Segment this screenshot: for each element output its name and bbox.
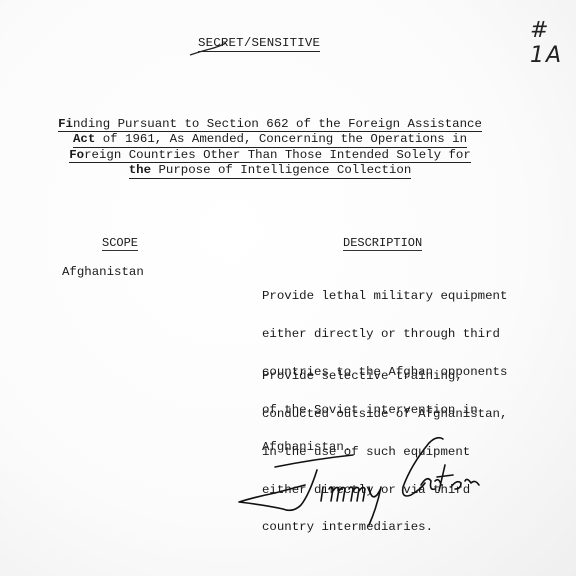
scope-value: Afghanistan: [62, 265, 144, 279]
signature-icon: Jimmy Carter: [225, 425, 495, 540]
strikethrough-mark-icon: [188, 43, 228, 57]
finding-title: Finding Pursuant to Section 662 of the F…: [30, 117, 510, 179]
title-line: the Purpose of Intelligence Collection: [129, 164, 412, 178]
classification-level: /SENSITIVE: [244, 36, 320, 50]
handwritten-document-number: # 1A: [530, 18, 576, 68]
document-page: SECRET/SENSITIVE # 1A Finding Pursuant t…: [0, 0, 576, 576]
title-line: Foreign Countries Other Than Those Inten…: [69, 149, 471, 163]
title-line: Finding Pursuant to Section 662 of the F…: [58, 118, 482, 132]
description-header: DESCRIPTION: [343, 237, 422, 251]
title-line: Act of 1961, As Amended, Concerning the …: [73, 133, 467, 147]
scope-header: SCOPE: [102, 237, 138, 251]
